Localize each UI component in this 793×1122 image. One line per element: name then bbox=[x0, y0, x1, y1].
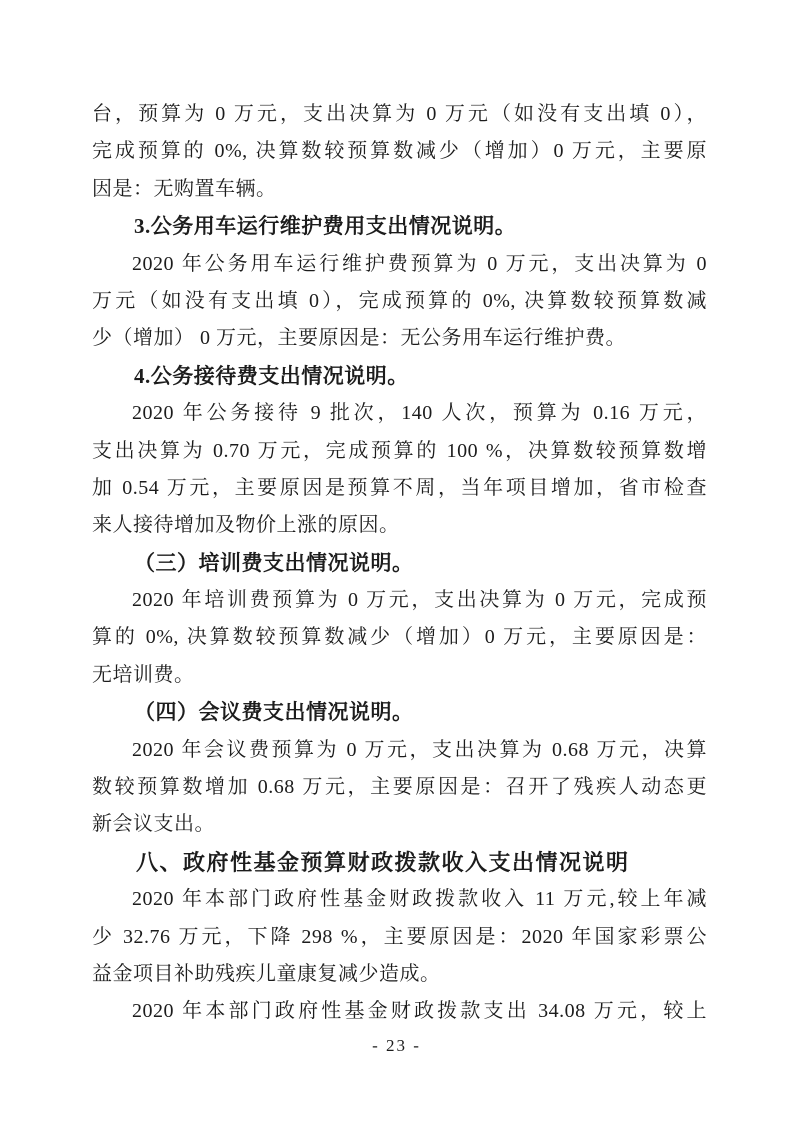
document-body: 台，预算为 0 万元，支出决算为 0 万元（如没有支出填 0）， 完成预算的 0… bbox=[92, 96, 707, 1031]
paragraph-training-fee: 2020 年培训费预算为 0 万元，支出决算为 0 万元，完成预 算的 0%, … bbox=[92, 582, 707, 694]
body-line: 2020 年公务用车运行维护费预算为 0 万元，支出决算为 0 bbox=[92, 246, 707, 283]
body-line: 因是：无购置车辆。 bbox=[92, 171, 707, 208]
section-heading-government-fund: 八、政府性基金预算财政拨款收入支出情况说明 bbox=[92, 844, 707, 881]
section-heading-vehicle-maintenance: 3.公务用车运行维护费用支出情况说明。 bbox=[92, 208, 707, 245]
body-line: 2020 年培训费预算为 0 万元，支出决算为 0 万元，完成预 bbox=[92, 582, 707, 619]
body-line: 来人接待增加及物价上涨的原因。 bbox=[92, 507, 707, 544]
body-line: 完成预算的 0%, 决算数较预算数减少（增加）0 万元，主要原 bbox=[92, 133, 707, 170]
section-heading-training-fee: （三）培训费支出情况说明。 bbox=[92, 545, 707, 582]
section-heading-official-reception: 4.公务接待费支出情况说明。 bbox=[92, 358, 707, 395]
page-number: - 23 - bbox=[0, 1036, 793, 1056]
body-line: 算的 0%, 决算数较预算数减少（增加）0 万元，主要原因是： bbox=[92, 619, 707, 656]
paragraph-official-reception: 2020 年公务接待 9 批次，140 人次，预算为 0.16 万元， 支出决算… bbox=[92, 395, 707, 545]
paragraph-fund-expenditure: 2020 年本部门政府性基金财政拨款支出 34.08 万元，较上 bbox=[92, 993, 707, 1030]
body-line: 益金项目补助残疾儿童康复减少造成。 bbox=[92, 956, 707, 993]
body-line: 加 0.54 万元，主要原因是预算不周，当年项目增加，省市检查 bbox=[92, 470, 707, 507]
body-line: 2020 年本部门政府性基金财政拨款收入 11 万元,较上年减 bbox=[92, 881, 707, 918]
body-line: 2020 年公务接待 9 批次，140 人次，预算为 0.16 万元， bbox=[92, 395, 707, 432]
body-line: 少 32.76 万元，下降 298 %，主要原因是：2020 年国家彩票公 bbox=[92, 919, 707, 956]
body-line: 2020 年本部门政府性基金财政拨款支出 34.08 万元，较上 bbox=[92, 993, 707, 1030]
body-line: 少（增加） 0 万元，主要原因是：无公务用车运行维护费。 bbox=[92, 320, 707, 357]
body-line: 无培训费。 bbox=[92, 657, 707, 694]
paragraph-vehicle-purchase: 台，预算为 0 万元，支出决算为 0 万元（如没有支出填 0）， 完成预算的 0… bbox=[92, 96, 707, 208]
body-line: 新会议支出。 bbox=[92, 806, 707, 843]
document-page: 台，预算为 0 万元，支出决算为 0 万元（如没有支出填 0）， 完成预算的 0… bbox=[0, 0, 793, 1122]
body-line: 2020 年会议费预算为 0 万元，支出决算为 0.68 万元，决算 bbox=[92, 732, 707, 769]
paragraph-vehicle-maintenance: 2020 年公务用车运行维护费预算为 0 万元，支出决算为 0 万元（如没有支出… bbox=[92, 246, 707, 358]
body-line: 台，预算为 0 万元，支出决算为 0 万元（如没有支出填 0）， bbox=[92, 96, 707, 133]
body-line: 数较预算数增加 0.68 万元，主要原因是：召开了残疾人动态更 bbox=[92, 769, 707, 806]
section-heading-meeting-fee: （四）会议费支出情况说明。 bbox=[92, 694, 707, 731]
body-line: 支出决算为 0.70 万元，完成预算的 100 %，决算数较预算数增 bbox=[92, 433, 707, 470]
paragraph-fund-income: 2020 年本部门政府性基金财政拨款收入 11 万元,较上年减 少 32.76 … bbox=[92, 881, 707, 993]
body-line: 万元（如没有支出填 0），完成预算的 0%, 决算数较预算数减 bbox=[92, 283, 707, 320]
paragraph-meeting-fee: 2020 年会议费预算为 0 万元，支出决算为 0.68 万元，决算 数较预算数… bbox=[92, 732, 707, 844]
